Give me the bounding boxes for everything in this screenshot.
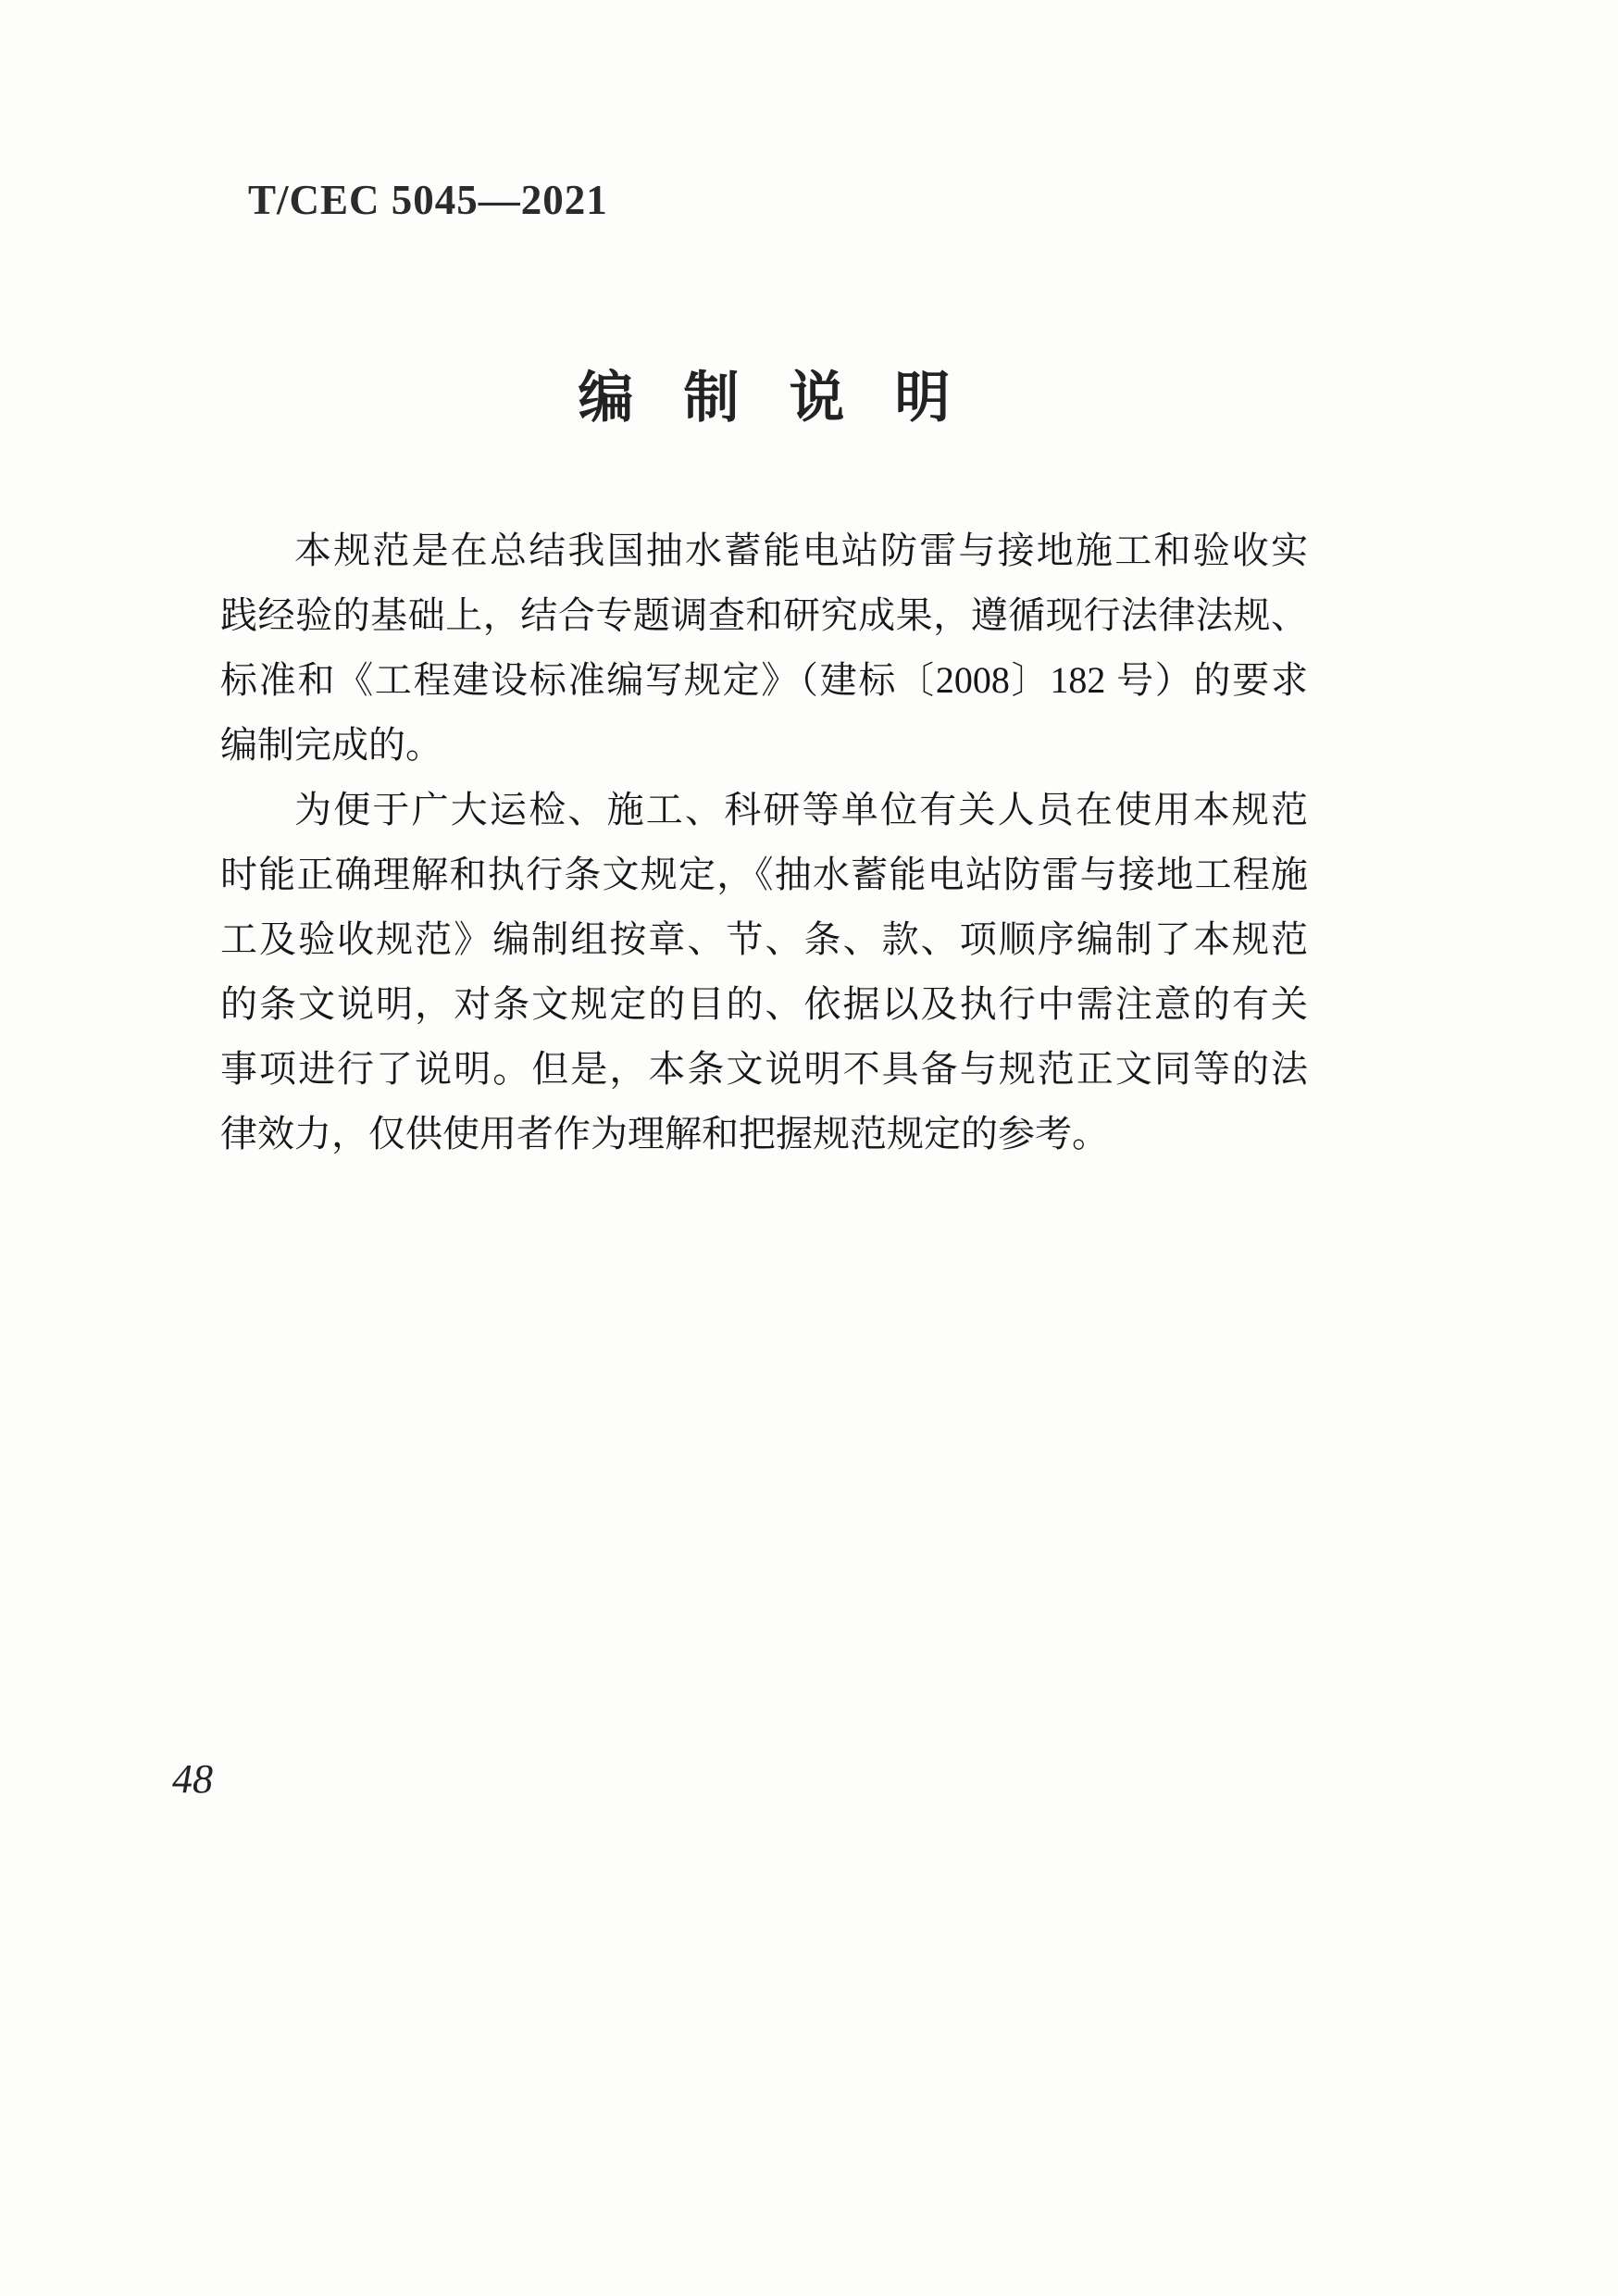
- standard-number-header: T/CEC 5045—2021: [248, 176, 608, 224]
- text-line: 为便于广大运检、施工、科研等单位有关人员在使用本规范: [220, 778, 1308, 842]
- text-line: 工及验收规范》编制组按章、节、条、款、项顺序编制了本规范: [220, 907, 1308, 972]
- document-page: T/CEC 5045—2021 编制说明 本规范是在总结我国抽水蓄能电站防雷与接…: [0, 0, 1618, 2296]
- page-title: 编制说明: [220, 354, 1308, 433]
- body-text: 本规范是在总结我国抽水蓄能电站防雷与接地施工和验收实 践经验的基础上，结合专题调…: [220, 518, 1308, 1167]
- paragraph: 本规范是在总结我国抽水蓄能电站防雷与接地施工和验收实 践经验的基础上，结合专题调…: [220, 518, 1308, 778]
- text-line: 时能正确理解和执行条文规定，《抽水蓄能电站防雷与接地工程施: [220, 842, 1308, 907]
- text-line: 本规范是在总结我国抽水蓄能电站防雷与接地施工和验收实: [220, 518, 1308, 583]
- page-number: 48: [172, 1755, 213, 1803]
- text-line: 践经验的基础上，结合专题调查和研究成果，遵循现行法律法规、: [220, 583, 1308, 648]
- paragraph: 为便于广大运检、施工、科研等单位有关人员在使用本规范 时能正确理解和执行条文规定…: [220, 778, 1308, 1167]
- text-line: 的条文说明，对条文规定的目的、依据以及执行中需注意的有关: [220, 972, 1308, 1037]
- text-line: 律效力，仅供使用者作为理解和把握规范规定的参考。: [220, 1102, 1308, 1167]
- text-line: 编制完成的。: [220, 713, 1308, 778]
- text-line: 标准和《工程建设标准编写规定》（建标〔2008〕182 号）的要求: [220, 648, 1308, 713]
- text-line: 事项进行了说明。但是，本条文说明不具备与规范正文同等的法: [220, 1037, 1308, 1102]
